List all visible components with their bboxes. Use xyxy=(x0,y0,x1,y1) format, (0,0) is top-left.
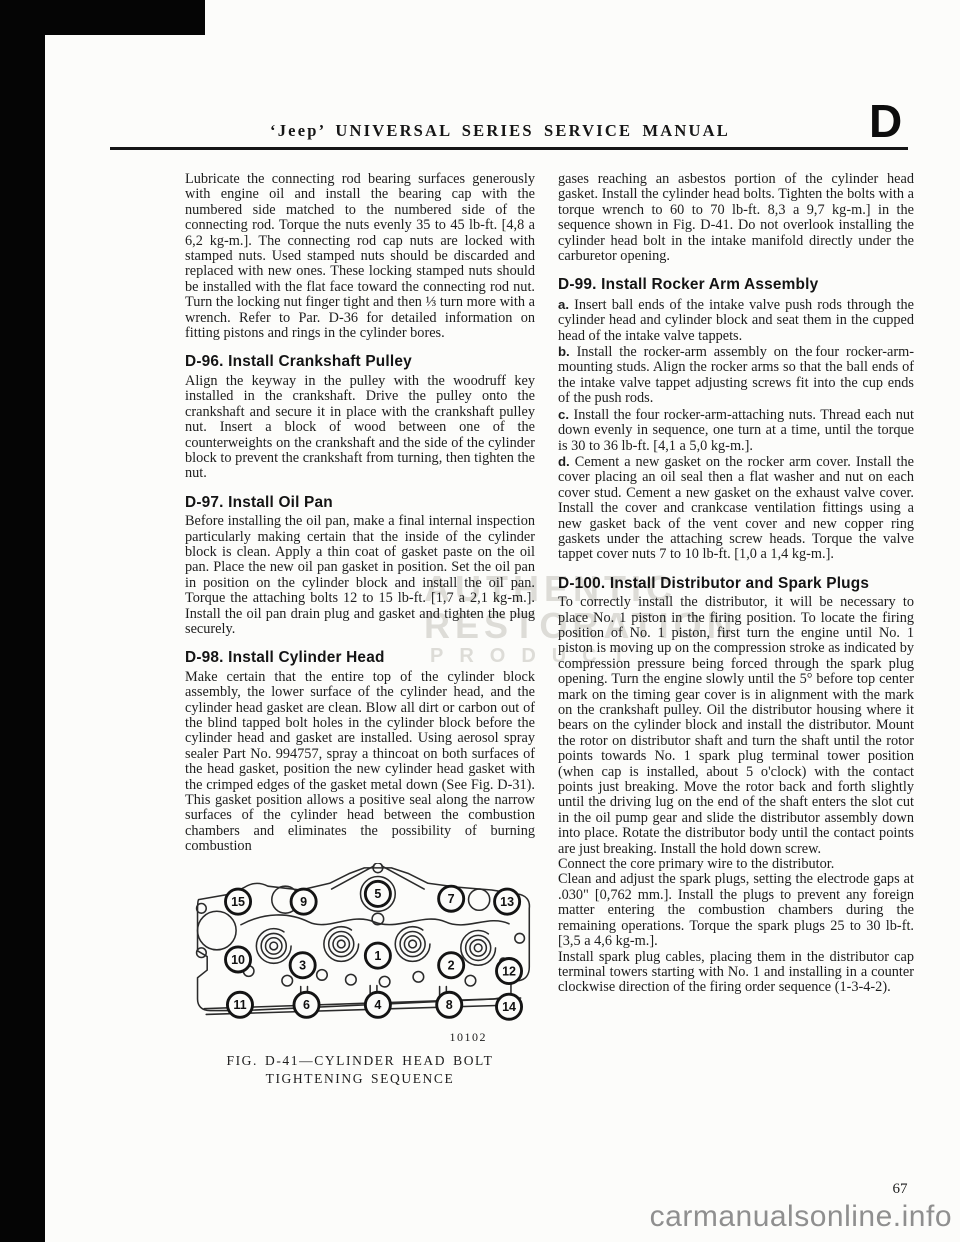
manual-page: AUTHENTIC RESTORATION PRODUCT ‘Jeep’ UNI… xyxy=(0,0,960,1242)
scan-border-left xyxy=(0,0,45,1242)
bolt-number: 5 xyxy=(374,887,381,901)
heading-d98: D-98. Install Cylinder Head xyxy=(185,650,535,665)
bolt-number: 8 xyxy=(446,998,453,1012)
paragraph-d100-2: Connect the core primary wire to the dis… xyxy=(558,857,914,872)
step-c-text: Install the four rocker-arm-attaching nu… xyxy=(558,407,914,454)
bolt-sequence-layer: 159571310312121164814 xyxy=(226,881,522,1019)
page-number: 67 xyxy=(880,1181,920,1198)
photo-number: 10102 xyxy=(185,1030,535,1045)
paragraph-d98: Make certain that the entire top of the … xyxy=(185,670,535,855)
step-d: d. Cement a new gasket on the rocker arm… xyxy=(558,454,914,563)
step-a-label: a. xyxy=(558,297,569,312)
step-d-text: Cement a new gasket on the rocker arm co… xyxy=(558,454,914,562)
step-d-label: d. xyxy=(558,454,570,469)
scan-border-corner xyxy=(0,0,205,35)
figure-caption: FIG. D-41—CYLINDER HEAD BOLT TIGHTENING … xyxy=(185,1052,535,1087)
heading-d99: D-99. Install Rocker Arm Assembly xyxy=(558,277,914,292)
step-b-text: Install the rocker-arm assembly on the f… xyxy=(558,344,914,406)
paragraph-d100-3: Clean and adjust the spark plugs, settin… xyxy=(558,872,914,949)
bolt-number: 6 xyxy=(303,998,310,1012)
paragraph-d100-1: To correctly install the distributor, it… xyxy=(558,595,914,857)
heading-d96: D-96. Install Crankshaft Pulley xyxy=(185,354,535,369)
paragraph-d100-4: Install spark plug cables, placing them … xyxy=(558,950,914,996)
step-a: a. Insert ball ends of the intake valve … xyxy=(558,297,914,344)
step-c: c. Install the four rocker-arm-attaching… xyxy=(558,407,914,454)
bolt-number: 11 xyxy=(233,998,246,1012)
bolt-number: 14 xyxy=(502,1000,516,1014)
step-a-text: Insert ball ends of the intake valve pus… xyxy=(558,297,914,344)
figure-d41: 159571310312121164814 10102 FIG. D-41—CY… xyxy=(185,863,535,1087)
bolt-number: 13 xyxy=(500,895,514,909)
bolt-number: 3 xyxy=(299,958,306,972)
bolt-number: 9 xyxy=(300,895,307,909)
step-b-label: b. xyxy=(558,344,570,359)
paragraph-d97: Before installing the oil pan, make a fi… xyxy=(185,514,535,637)
paragraph-d96: Align the keyway in the pulley with the … xyxy=(185,374,535,482)
page-title: ‘Jeep’ UNIVERSAL SERIES SERVICE MANUAL xyxy=(130,121,870,141)
bolt-number: 2 xyxy=(448,958,455,972)
bolt-number: 4 xyxy=(374,998,381,1012)
figure-caption-line1: FIG. D-41—CYLINDER HEAD BOLT xyxy=(226,1053,493,1068)
heading-d97: D-97. Install Oil Pan xyxy=(185,495,535,510)
heading-d100: D-100. Install Distributor and Spark Plu… xyxy=(558,576,914,591)
bolt-number: 12 xyxy=(502,964,516,978)
step-c-label: c. xyxy=(558,407,569,422)
intro-paragraph: Lubricate the connecting rod bearing sur… xyxy=(185,172,535,341)
section-letter: D xyxy=(869,98,902,144)
figure-caption-line2: TIGHTENING SEQUENCE xyxy=(266,1071,455,1086)
bolt-number: 10 xyxy=(231,952,245,966)
header-rule xyxy=(110,147,908,150)
bolt-number: 1 xyxy=(374,949,381,963)
cylinder-head-diagram: 159571310312121164814 xyxy=(185,863,537,1027)
site-watermark: carmanualsonline.info xyxy=(650,1200,952,1234)
right-column: gases reaching an asbestos portion of th… xyxy=(558,172,914,996)
left-column: Lubricate the connecting rod bearing sur… xyxy=(185,172,535,1087)
bolt-number: 15 xyxy=(231,895,245,909)
bolt-number: 7 xyxy=(448,892,455,906)
paragraph-cylinder-head-cont: gases reaching an asbestos portion of th… xyxy=(558,172,914,264)
step-b: b. Install the rocker-arm assembly on th… xyxy=(558,344,914,407)
